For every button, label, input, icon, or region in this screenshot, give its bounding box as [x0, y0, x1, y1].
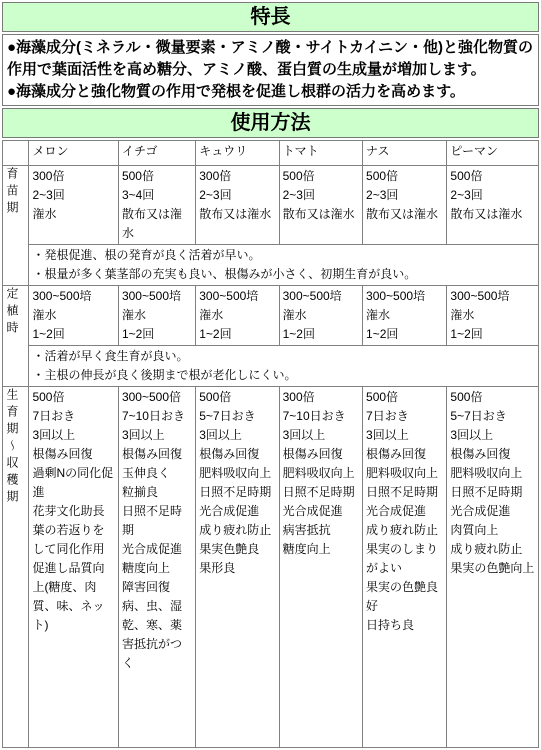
usage-header: 使用方法: [2, 108, 539, 138]
row-label-planting-text: 定植時: [6, 287, 18, 338]
dose-cell-seedling-strawberry: 500倍 3~4回 散布又は潅水: [118, 166, 195, 245]
row-label-growing: 生育期～収穫期: [3, 387, 29, 748]
dose-cell-growing-tomato: 300倍 7~10日おき 3回以上 根傷み回復 肥料吸収向上 日照不足時期 光合…: [279, 387, 362, 748]
row-label-planting: 定植時: [3, 286, 29, 387]
features-header: 特長: [2, 2, 539, 32]
planting-note-row: ・活着が早く食生育が良い。 ・主根の伸長が良く後期まで根が老化しにくい。: [3, 346, 539, 387]
crop-header-row: メロン イチゴ キュウリ トマト ナス ピーマン: [3, 141, 539, 166]
seedling-note-row: ・発根促進、根の発育が良く活着が早い。 ・根量が多く葉茎部の充実も良い、根傷みが…: [3, 245, 539, 286]
note-cell-planting: ・活着が早く食生育が良い。 ・主根の伸長が良く後期まで根が老化しにくい。: [29, 346, 539, 387]
crop-header-tomato: トマト: [279, 141, 362, 166]
crop-header-strawberry: イチゴ: [118, 141, 195, 166]
dose-cell-growing-strawberry: 300~500倍 7~10日おき 3回以上 根傷み回復 玉伸良く 粒揃良 日照不…: [118, 387, 195, 748]
dose-cell-seedling-eggplant: 500倍 2~3回 散布又は潅水: [363, 166, 447, 245]
planting-dose-row: 定植時 300~500培 潅水 1~2回 300~500培 潅水 1~2回 30…: [3, 286, 539, 346]
usage-table: メロン イチゴ キュウリ トマト ナス ピーマン 育苗期 300倍 2~3回 潅…: [2, 140, 539, 748]
product-info-page: 特長 ●海藻成分(ミネラル・微量要素・アミノ酸・サイトカイニン・他)と強化物質の…: [0, 0, 541, 750]
dose-cell-growing-pepper: 500倍 5~7日おき 3回以上 根傷み回復 肥料吸収向上 日照不足時期 光合成…: [447, 387, 539, 748]
dose-cell-planting-pepper: 300~500培 潅水 1~2回: [447, 286, 539, 346]
seedling-dose-row: 育苗期 300倍 2~3回 潅水 500倍 3~4回 散布又は潅水 300倍 2…: [3, 166, 539, 245]
dose-cell-seedling-melon: 300倍 2~3回 潅水: [29, 166, 119, 245]
dose-cell-growing-melon: 500倍 7日おき 3回以上 根傷み回復 過剰Nの同化促進 花芽文化助長 葉の若…: [29, 387, 119, 748]
note-cell-seedling: ・発根促進、根の発育が良く活着が早い。 ・根量が多く葉茎部の充実も良い、根傷みが…: [29, 245, 539, 286]
dose-cell-growing-cucumber: 500倍 5~7日おき 3回以上 根傷み回復 肥料吸収向上 日照不足時期 光合成…: [196, 387, 279, 748]
features-text: ●海藻成分(ミネラル・微量要素・アミノ酸・サイトカイニン・他)と強化物質の 作用…: [2, 34, 539, 106]
crop-header-melon: メロン: [29, 141, 119, 166]
corner-cell: [3, 141, 29, 166]
dose-cell-planting-tomato: 300~500培 潅水 1~2回: [279, 286, 362, 346]
dose-cell-planting-melon: 300~500培 潅水 1~2回: [29, 286, 119, 346]
dose-cell-planting-cucumber: 300~500培 潅水 1~2回: [196, 286, 279, 346]
dose-cell-seedling-cucumber: 300倍 2~3回 散布又は潅水: [196, 166, 279, 245]
dose-cell-seedling-tomato: 500倍 2~3回 散布又は潅水: [279, 166, 362, 245]
row-label-growing-text: 生育期～収穫期: [6, 388, 18, 507]
growing-dose-row: 生育期～収穫期 500倍 7日おき 3回以上 根傷み回復 過剰Nの同化促進 花芽…: [3, 387, 539, 748]
crop-header-pepper: ピーマン: [447, 141, 539, 166]
dose-cell-planting-eggplant: 300~500培 潅水 1~2回: [363, 286, 447, 346]
dose-cell-growing-eggplant: 500倍 7日おき 3回以上 根傷み回復 肥料吸収向上 日照不足時期 光合成促進…: [363, 387, 447, 748]
crop-header-cucumber: キュウリ: [196, 141, 279, 166]
crop-header-eggplant: ナス: [363, 141, 447, 166]
row-label-seedling: 育苗期: [3, 166, 29, 286]
dose-cell-planting-strawberry: 300~500培 潅水 1~2回: [118, 286, 195, 346]
dose-cell-seedling-pepper: 500倍 2~3回 散布又は潅水: [447, 166, 539, 245]
row-label-seedling-text: 育苗期: [6, 167, 18, 218]
